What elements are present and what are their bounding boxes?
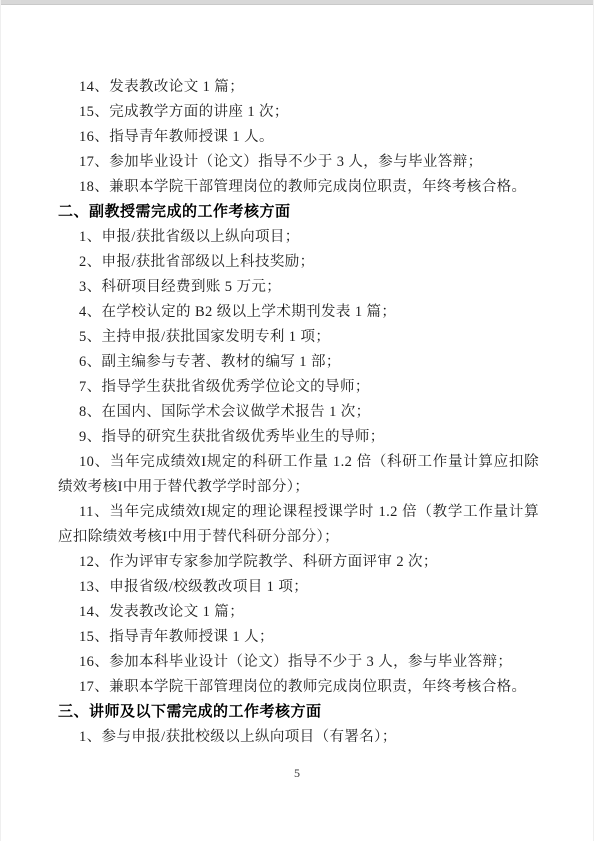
list-item: 9、指导的研究生获批省级优秀毕业生的导师；	[58, 425, 539, 450]
section-heading-associate-professor: 二、副教授需完成的工作考核方面	[58, 200, 539, 225]
list-item: 14、发表教改论文 1 篇；	[58, 600, 539, 625]
list-item: 2、申报/获批省部级以上科技奖励；	[58, 250, 539, 275]
document-page: 14、发表教改论文 1 篇； 15、完成教学方面的讲座 1 次； 16、指导青年…	[0, 0, 594, 841]
list-item: 18、兼职本学院干部管理岗位的教师完成岗位职责，年终考核合格。	[58, 175, 539, 200]
list-item: 17、兼职本学院干部管理岗位的教师完成岗位职责，年终考核合格。	[58, 675, 539, 700]
list-item: 4、在学校认定的 B2 级以上学术期刊发表 1 篇；	[58, 300, 539, 325]
list-item: 11、当年完成绩效I规定的理论课程授课学时 1.2 倍（教学工作量计算应扣除绩效…	[58, 500, 539, 550]
list-item: 7、指导学生获批省级优秀学位论文的导师；	[58, 375, 539, 400]
list-item: 14、发表教改论文 1 篇；	[58, 75, 539, 100]
list-item: 5、主持申报/获批国家发明专利 1 项；	[58, 325, 539, 350]
list-item: 15、完成教学方面的讲座 1 次；	[58, 100, 539, 125]
list-item: 13、申报省级/校级教改项目 1 项；	[58, 575, 539, 600]
list-item: 17、参加毕业设计（论文）指导不少于 3 人，参与毕业答辩；	[58, 150, 539, 175]
list-item: 15、指导青年教师授课 1 人；	[58, 625, 539, 650]
list-item: 16、指导青年教师授课 1 人。	[58, 125, 539, 150]
document-body: 14、发表教改论文 1 篇； 15、完成教学方面的讲座 1 次； 16、指导青年…	[58, 75, 539, 750]
list-item: 16、参加本科毕业设计（论文）指导不少于 3 人，参与毕业答辩；	[58, 650, 539, 675]
list-item: 6、副主编参与专著、教材的编写 1 部；	[58, 350, 539, 375]
page-number: 5	[1, 766, 593, 780]
list-item: 12、作为评审专家参加学院教学、科研方面评审 2 次；	[58, 550, 539, 575]
list-item: 1、参与申报/获批校级以上纵向项目（有署名）；	[58, 725, 539, 750]
list-item: 8、在国内、国际学术会议做学术报告 1 次；	[58, 400, 539, 425]
list-item: 1、申报/获批省级以上纵向项目；	[58, 225, 539, 250]
list-item: 3、科研项目经费到账 5 万元；	[58, 275, 539, 300]
section-heading-lecturer: 三、讲师及以下需完成的工作考核方面	[58, 700, 539, 725]
page-top-edge	[1, 0, 593, 5]
list-item: 10、当年完成绩效I规定的科研工作量 1.2 倍（科研工作量计算应扣除绩效考核I…	[58, 450, 539, 500]
